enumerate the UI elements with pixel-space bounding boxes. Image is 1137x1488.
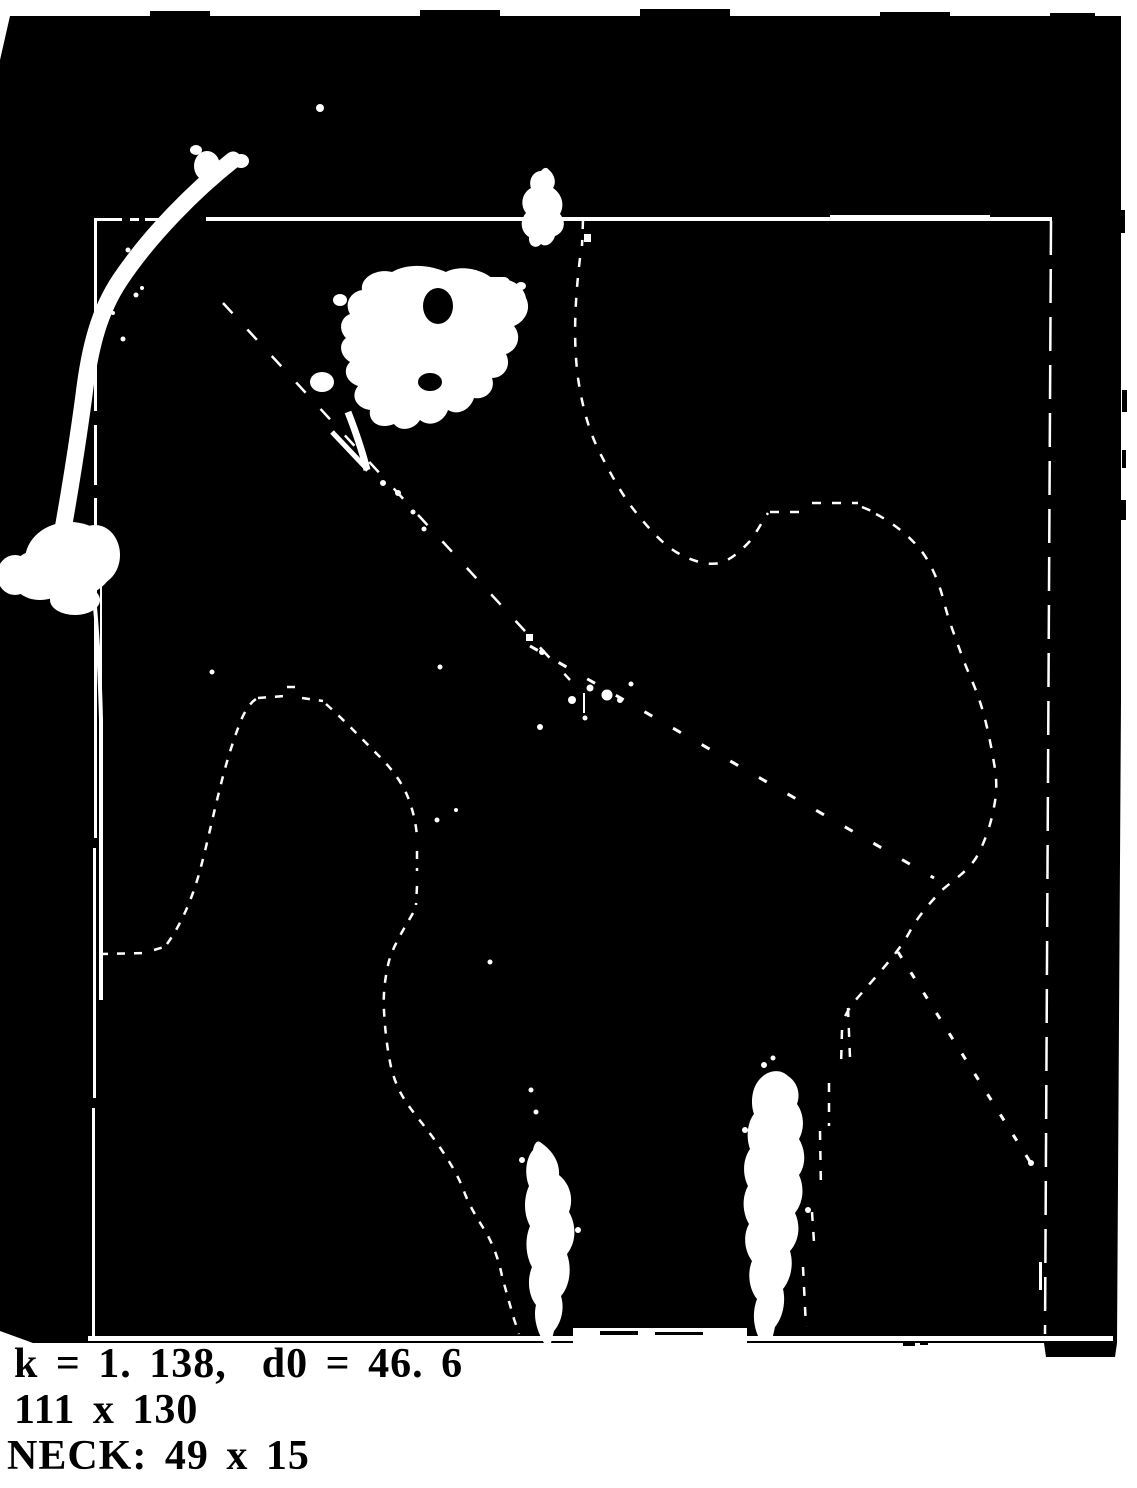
figure-page: k = 1. 138, d0 = 46. 6 111 x 130 NECK: 4… [0,0,1137,1488]
annotation-fit-parameters: k = 1. 138, d0 = 46. 6 [14,1342,463,1386]
annotation-neck-size: NECK: 49 x 15 [7,1434,310,1478]
annotation-region-size: 111 x 130 [14,1388,198,1432]
radiograph-image [0,0,1137,1362]
